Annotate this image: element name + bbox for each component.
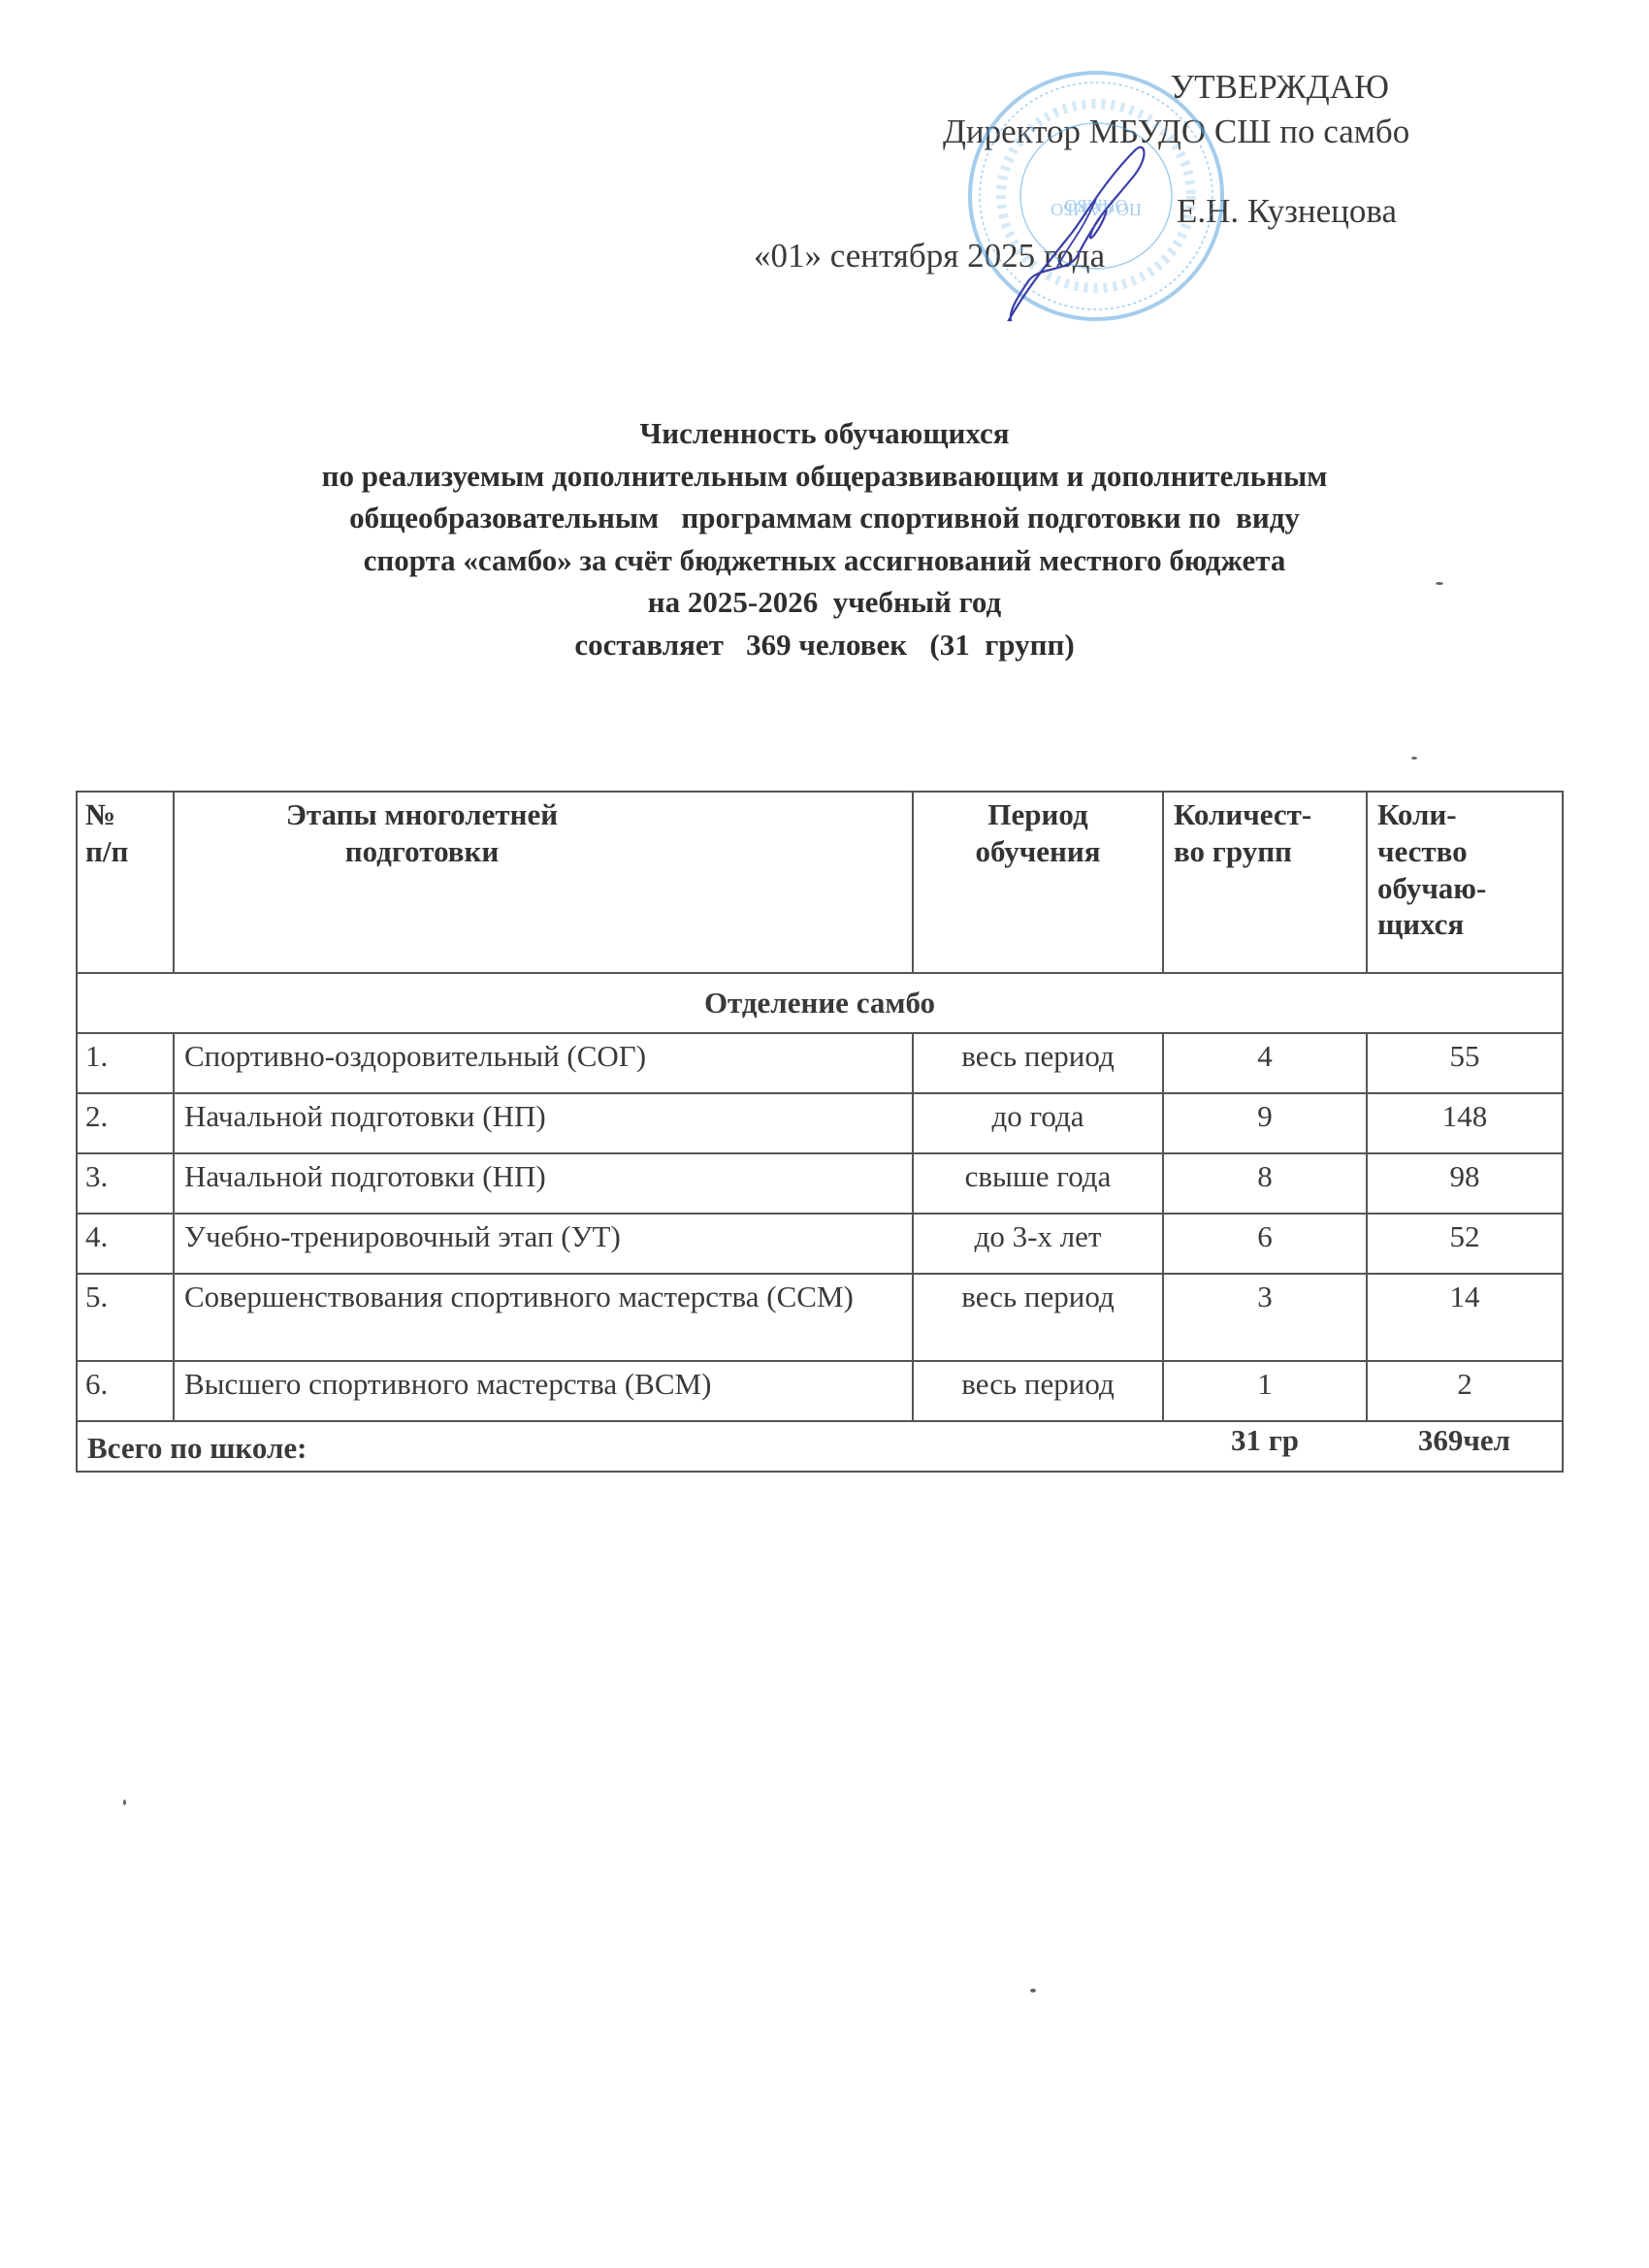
- row-stage: Спортивно-оздоровительный (СОГ): [174, 1033, 913, 1093]
- total-label: Всего по школе:: [77, 1421, 1163, 1472]
- total-row: Всего по школе:31 гр369чел: [77, 1421, 1563, 1472]
- section-title: Отделение самбо: [77, 973, 1563, 1033]
- row-students: 98: [1367, 1153, 1563, 1214]
- row-groups: 8: [1163, 1153, 1367, 1214]
- row-number: 4.: [77, 1214, 174, 1274]
- row-number: 5.: [77, 1274, 174, 1361]
- row-stage: Совершенствования спортивного мастерства…: [174, 1274, 913, 1361]
- row-groups: 4: [1163, 1033, 1367, 1093]
- table-row: 4.Учебно-тренировочный этап (УТ)до 3-х л…: [77, 1214, 1563, 1274]
- row-number: 1.: [77, 1033, 174, 1093]
- section-row: Отделение самбо: [77, 973, 1563, 1033]
- row-groups: 9: [1163, 1093, 1367, 1153]
- total-groups: 31 гр: [1163, 1421, 1367, 1472]
- row-number: 3.: [77, 1153, 174, 1214]
- approval-signatory-name: Е.Н. Кузнецова: [1177, 194, 1397, 228]
- row-groups: 3: [1163, 1274, 1367, 1361]
- row-stage: Учебно-тренировочный этап (УТ): [174, 1214, 913, 1274]
- table-row: 1.Спортивно-оздоровительный (СОГ)весь пе…: [77, 1033, 1563, 1093]
- table-header-row: № п/п Этапы многолетней подготовки Перио…: [77, 792, 1563, 973]
- table-row: 2.Начальной подготовки (НП)до года9148: [77, 1093, 1563, 1153]
- approval-title: УТВЕРЖДАЮ: [1170, 70, 1389, 104]
- document-heading: Численность обучающихся по реализуемым д…: [0, 412, 1649, 665]
- heading-line: общеобразовательным программам спортивно…: [0, 497, 1649, 539]
- svg-text:ПО САМБО: ПО САМБО: [1051, 200, 1142, 219]
- students-table: № п/п Этапы многолетней подготовки Перио…: [76, 791, 1564, 1473]
- row-period: весь период: [913, 1274, 1163, 1361]
- row-students: 14: [1367, 1274, 1563, 1361]
- row-number: 6.: [77, 1361, 174, 1421]
- row-period: до 3-х лет: [913, 1214, 1163, 1274]
- header-period: Период обучения: [913, 792, 1163, 973]
- row-stage: Высшего спортивного мастерства (ВСМ): [174, 1361, 913, 1421]
- heading-line: составляет 369 человек (31 групп): [0, 624, 1649, 666]
- scan-speck: [1411, 757, 1417, 760]
- heading-line: Численность обучающихся: [0, 412, 1649, 455]
- row-period: до года: [913, 1093, 1163, 1153]
- total-students: 369чел: [1367, 1421, 1563, 1472]
- row-period: весь период: [913, 1033, 1163, 1093]
- header-groups: Количест- во групп: [1163, 792, 1367, 973]
- row-number: 2.: [77, 1093, 174, 1153]
- table-row: 3.Начальной подготовки (НП)свыше года898: [77, 1153, 1563, 1214]
- heading-line: спорта «самбо» за счёт бюджетных ассигно…: [0, 539, 1649, 582]
- row-students: 55: [1367, 1033, 1563, 1093]
- approval-position: Директор МБУДО СШ по самбо: [943, 114, 1409, 148]
- row-period: свыше года: [913, 1153, 1163, 1214]
- row-stage: Начальной подготовки (НП): [174, 1153, 913, 1214]
- svg-text:ОИМБО: ОИМБО: [1064, 196, 1127, 215]
- table-row: 6.Высшего спортивного мастерства (ВСМ)ве…: [77, 1361, 1563, 1421]
- heading-line: на 2025-2026 учебный год: [0, 581, 1649, 624]
- row-groups: 6: [1163, 1214, 1367, 1274]
- scan-speck: [1030, 1989, 1036, 1993]
- scan-speck: [1436, 582, 1443, 585]
- header-stage: Этапы многолетней подготовки: [174, 792, 913, 973]
- header-number: № п/п: [77, 792, 174, 973]
- row-groups: 1: [1163, 1361, 1367, 1421]
- row-students: 52: [1367, 1214, 1563, 1274]
- row-students: 148: [1367, 1093, 1563, 1153]
- signature-icon: [999, 141, 1164, 325]
- heading-line: по реализуемым дополнительным общеразвив…: [0, 455, 1649, 498]
- row-period: весь период: [913, 1361, 1163, 1421]
- table-row: 5.Совершенствования спортивного мастерст…: [77, 1274, 1563, 1361]
- scan-speck: [123, 1799, 126, 1805]
- header-students: Коли- чество обучаю- щихся: [1367, 792, 1563, 973]
- row-stage: Начальной подготовки (НП): [174, 1093, 913, 1153]
- row-students: 2: [1367, 1361, 1563, 1421]
- approval-date: «01» сентября 2025 года: [754, 239, 1105, 273]
